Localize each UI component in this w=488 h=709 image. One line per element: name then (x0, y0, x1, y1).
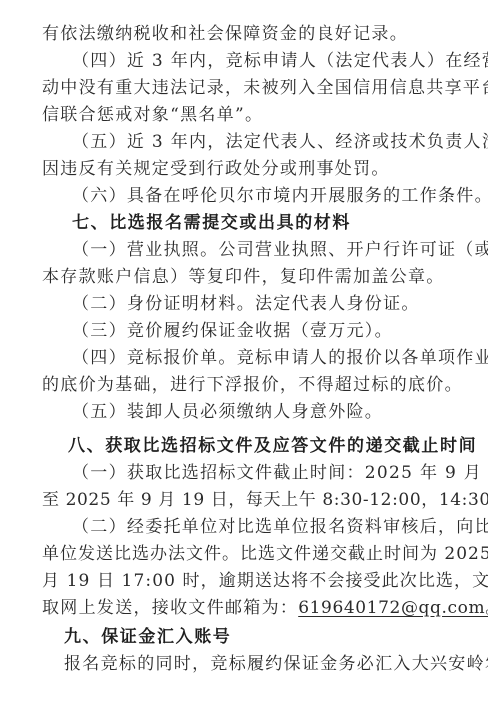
item-2-line: （二）身份证明材料。法定代表人身份证。 (72, 294, 420, 314)
section-9-heading: 九、保证金汇入账号 (64, 627, 231, 647)
item-5-line: （五）装卸人员必须缴纳人身意外险。 (72, 402, 383, 422)
item-1-line: （一）获取比选招标文件截止时间：2025 年 9 月 17 日 (72, 463, 488, 483)
item-6-line: （六）具备在呼伦贝尔市境内开展服务的工作条件。 (72, 186, 488, 206)
paragraph-line: 信联合惩戒对象“黑名单”。 (42, 105, 263, 125)
paragraph-line: 取网上发送，接收文件邮箱为：619640172@qq.com。 (42, 598, 488, 618)
email-label: 取网上发送，接收文件邮箱为： (42, 598, 298, 618)
paragraph-line: 本存款账户信息）等复印件，复印件需加盖公章。 (42, 267, 445, 287)
paragraph-line: 单位发送比选办法文件。比选文件递交截止时间为 2025 年 9 (42, 544, 488, 564)
section-8-heading: 八、获取比选招标文件及应答文件的递交截止时间 (68, 436, 477, 456)
paragraph-line: 至 2025 年 9 月 19 日，每天上午 8:30-12:00，14:30-… (42, 490, 488, 510)
item-4-line: （四）近 3 年内，竞标申请人（法定代表人）在经营活 (72, 51, 488, 71)
item-1-line: （一）营业执照。公司营业执照、开户行许可证（或基 (72, 240, 488, 260)
section-7-heading: 七、比选报名需提交或出具的材料 (72, 213, 351, 233)
paragraph-line: 有依法缴纳税收和社会保障资金的良好记录。 (42, 24, 408, 44)
item-3-line: （三）竞价履约保证金收据（壹万元）。 (72, 321, 393, 341)
document-page: 有依法缴纳税收和社会保障资金的良好记录。 （四）近 3 年内，竞标申请人（法定代… (0, 0, 488, 709)
paragraph-line: 因违反有关规定受到行政处分或刑事处罚。 (42, 159, 390, 179)
paragraph-line: 动中没有重大违法记录，未被列入全国信用信息共享平台失 (42, 78, 488, 98)
item-2-line: （二）经委托单位对比选单位报名资料审核后，向比选 (72, 517, 488, 537)
email-link[interactable]: 619640172@qq.com。 (298, 598, 488, 618)
item-5-line: （五）近 3 年内，法定代表人、经济或技术负责人没有 (72, 132, 488, 152)
paragraph-line: 报名竞标的同时，竞标履约保证金务必汇入大兴安岭农 (64, 654, 488, 674)
item-4-line: （四）竞标报价单。竞标申请人的报价以各单项作业标 (72, 348, 488, 368)
paragraph-line: 的底价为基础，进行下浮报价，不得超过标的底价。 (42, 375, 463, 395)
paragraph-line: 月 19 日 17:00 时，逾期送达将不会接受此次比选，文件采 (42, 571, 488, 591)
